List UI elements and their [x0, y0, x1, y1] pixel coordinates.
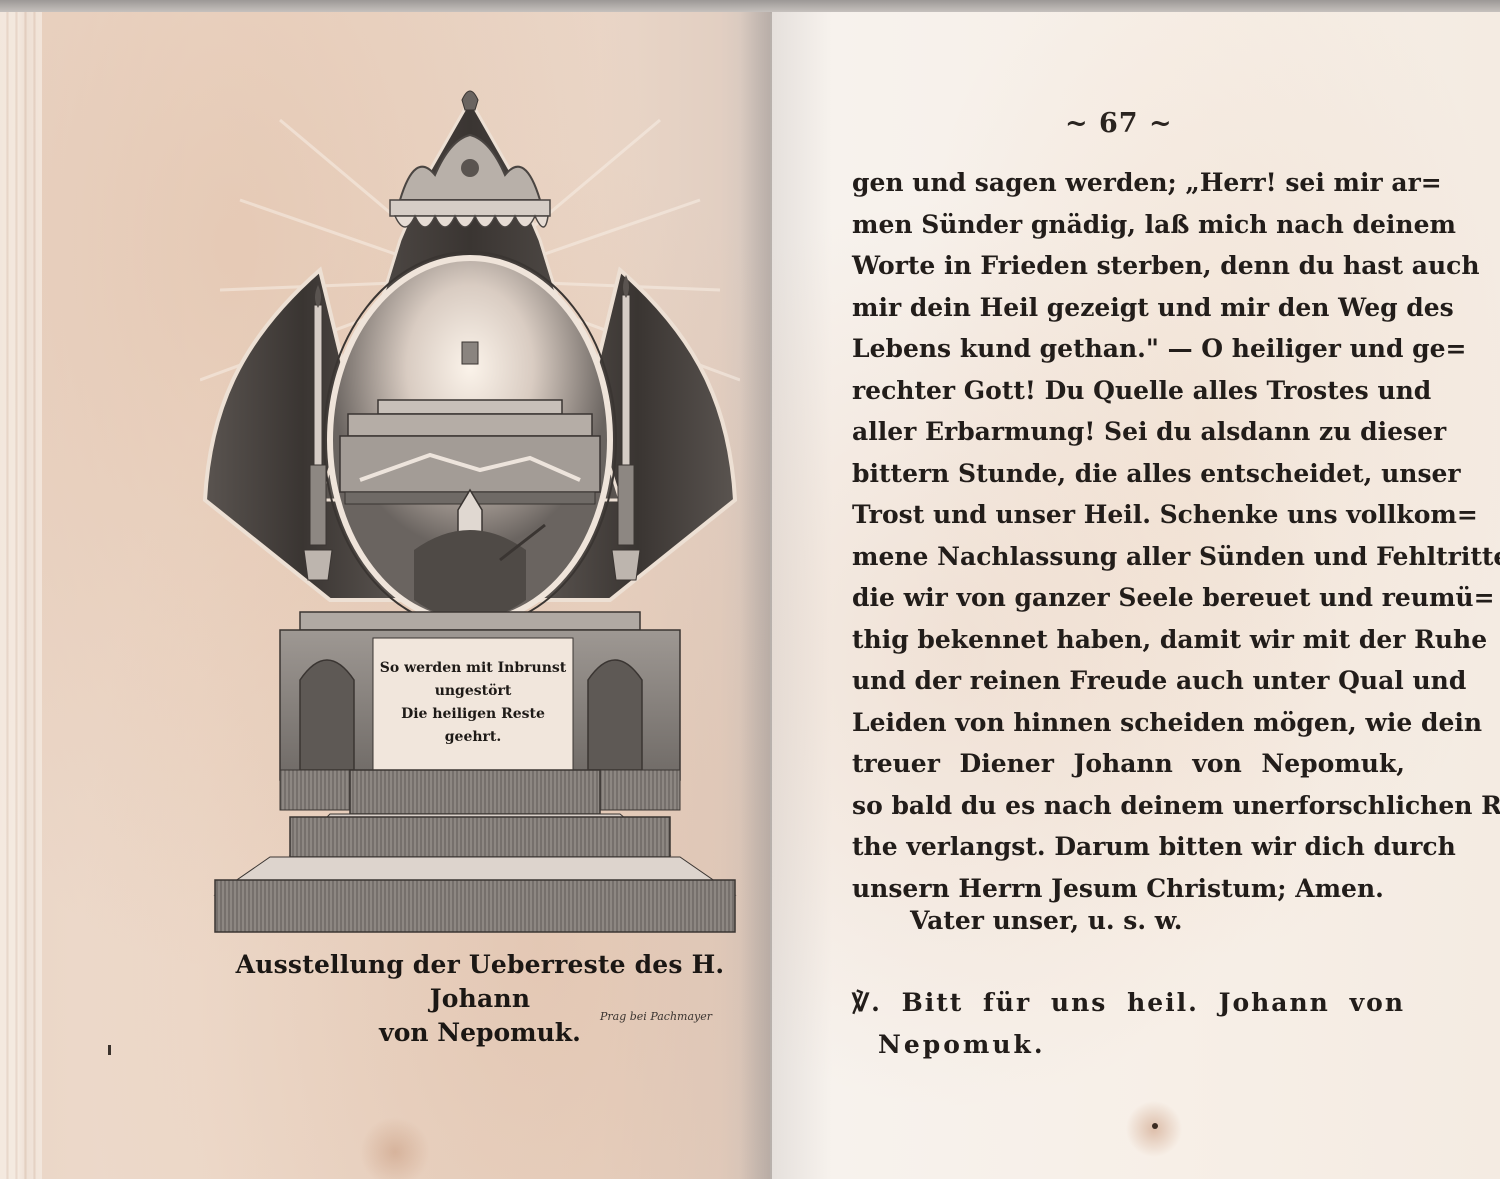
text-line: Lebens kund gethan." — O heiliger und ge… [852, 328, 1405, 370]
versicle-line-1: ℣. Bitt für uns heil. Johann von [852, 982, 1405, 1024]
inscription-line: geehrt. [445, 726, 502, 749]
text-line: men Sünder gnädig, laß mich nach deinem [852, 204, 1405, 246]
caption-line-1: Ausstellung der Ueberreste des H. Johann [200, 948, 760, 1016]
text-line: Leiden von hinnen scheiden mögen, wie de… [852, 702, 1405, 744]
text-line: die wir von ganzer Seele bereuet und reu… [852, 577, 1405, 619]
text-line: bittern Stunde, die alles entscheidet, u… [852, 453, 1405, 495]
text-line: thig bekennet haben, damit wir mit der R… [852, 619, 1405, 661]
text-line: gen und sagen werden; „Herr! sei mir ar= [852, 162, 1405, 204]
inscription-line: So werden mit Inbrunst [380, 657, 566, 680]
prayer-text: gen und sagen werden; „Herr! sei mir ar=… [852, 162, 1405, 909]
text-line: the verlangst. Darum bitten wir dich dur… [852, 826, 1405, 868]
ink-spot [108, 1045, 111, 1055]
text-line: aller Erbarmung! Sei du alsdann zu diese… [852, 411, 1405, 453]
versicle-block: Vater unser, u. s. w. ℣. Bitt für uns he… [852, 900, 1405, 1066]
text-line: mir dein Heil gezeigt und mir den Weg de… [852, 287, 1405, 329]
text-line: Worte in Frieden sterben, denn du hast a… [852, 245, 1405, 287]
engraving-plate: So werden mit Inbrunst ungestört Die hei… [200, 80, 740, 940]
page-edges [0, 12, 42, 1179]
text-line: rechter Gott! Du Quelle alles Trostes un… [852, 370, 1405, 412]
versicle-line-2: Nepomuk. [852, 1024, 1405, 1066]
inscription-line: Die heiligen Reste [401, 703, 545, 726]
reliquary-engraving-icon [200, 80, 740, 940]
text-line: mene Nachlassung aller Sünden und Fehltr… [852, 536, 1405, 578]
open-book: So werden mit Inbrunst ungestört Die hei… [0, 0, 1500, 1179]
pater-noster-line: Vater unser, u. s. w. [852, 900, 1405, 942]
page-number: ~ 67 ~ [1065, 108, 1173, 139]
text-line: so bald du es nach deinem unerforschlich… [852, 785, 1405, 827]
text-line: treuer Diener Johann von Nepomuk, [852, 743, 1405, 785]
publisher-credit: Prag bei Pachmayer [600, 1010, 712, 1023]
text-line: und der reinen Freude auch unter Qual un… [852, 660, 1405, 702]
plate-caption: Ausstellung der Ueberreste des H. Johann… [200, 948, 760, 1050]
foxing-spot [1152, 1123, 1158, 1129]
inscription-line: ungestört [435, 680, 512, 703]
altar-inscription: So werden mit Inbrunst ungestört Die hei… [375, 640, 571, 766]
text-line: Trost und unser Heil. Schenke uns vollko… [852, 494, 1405, 536]
